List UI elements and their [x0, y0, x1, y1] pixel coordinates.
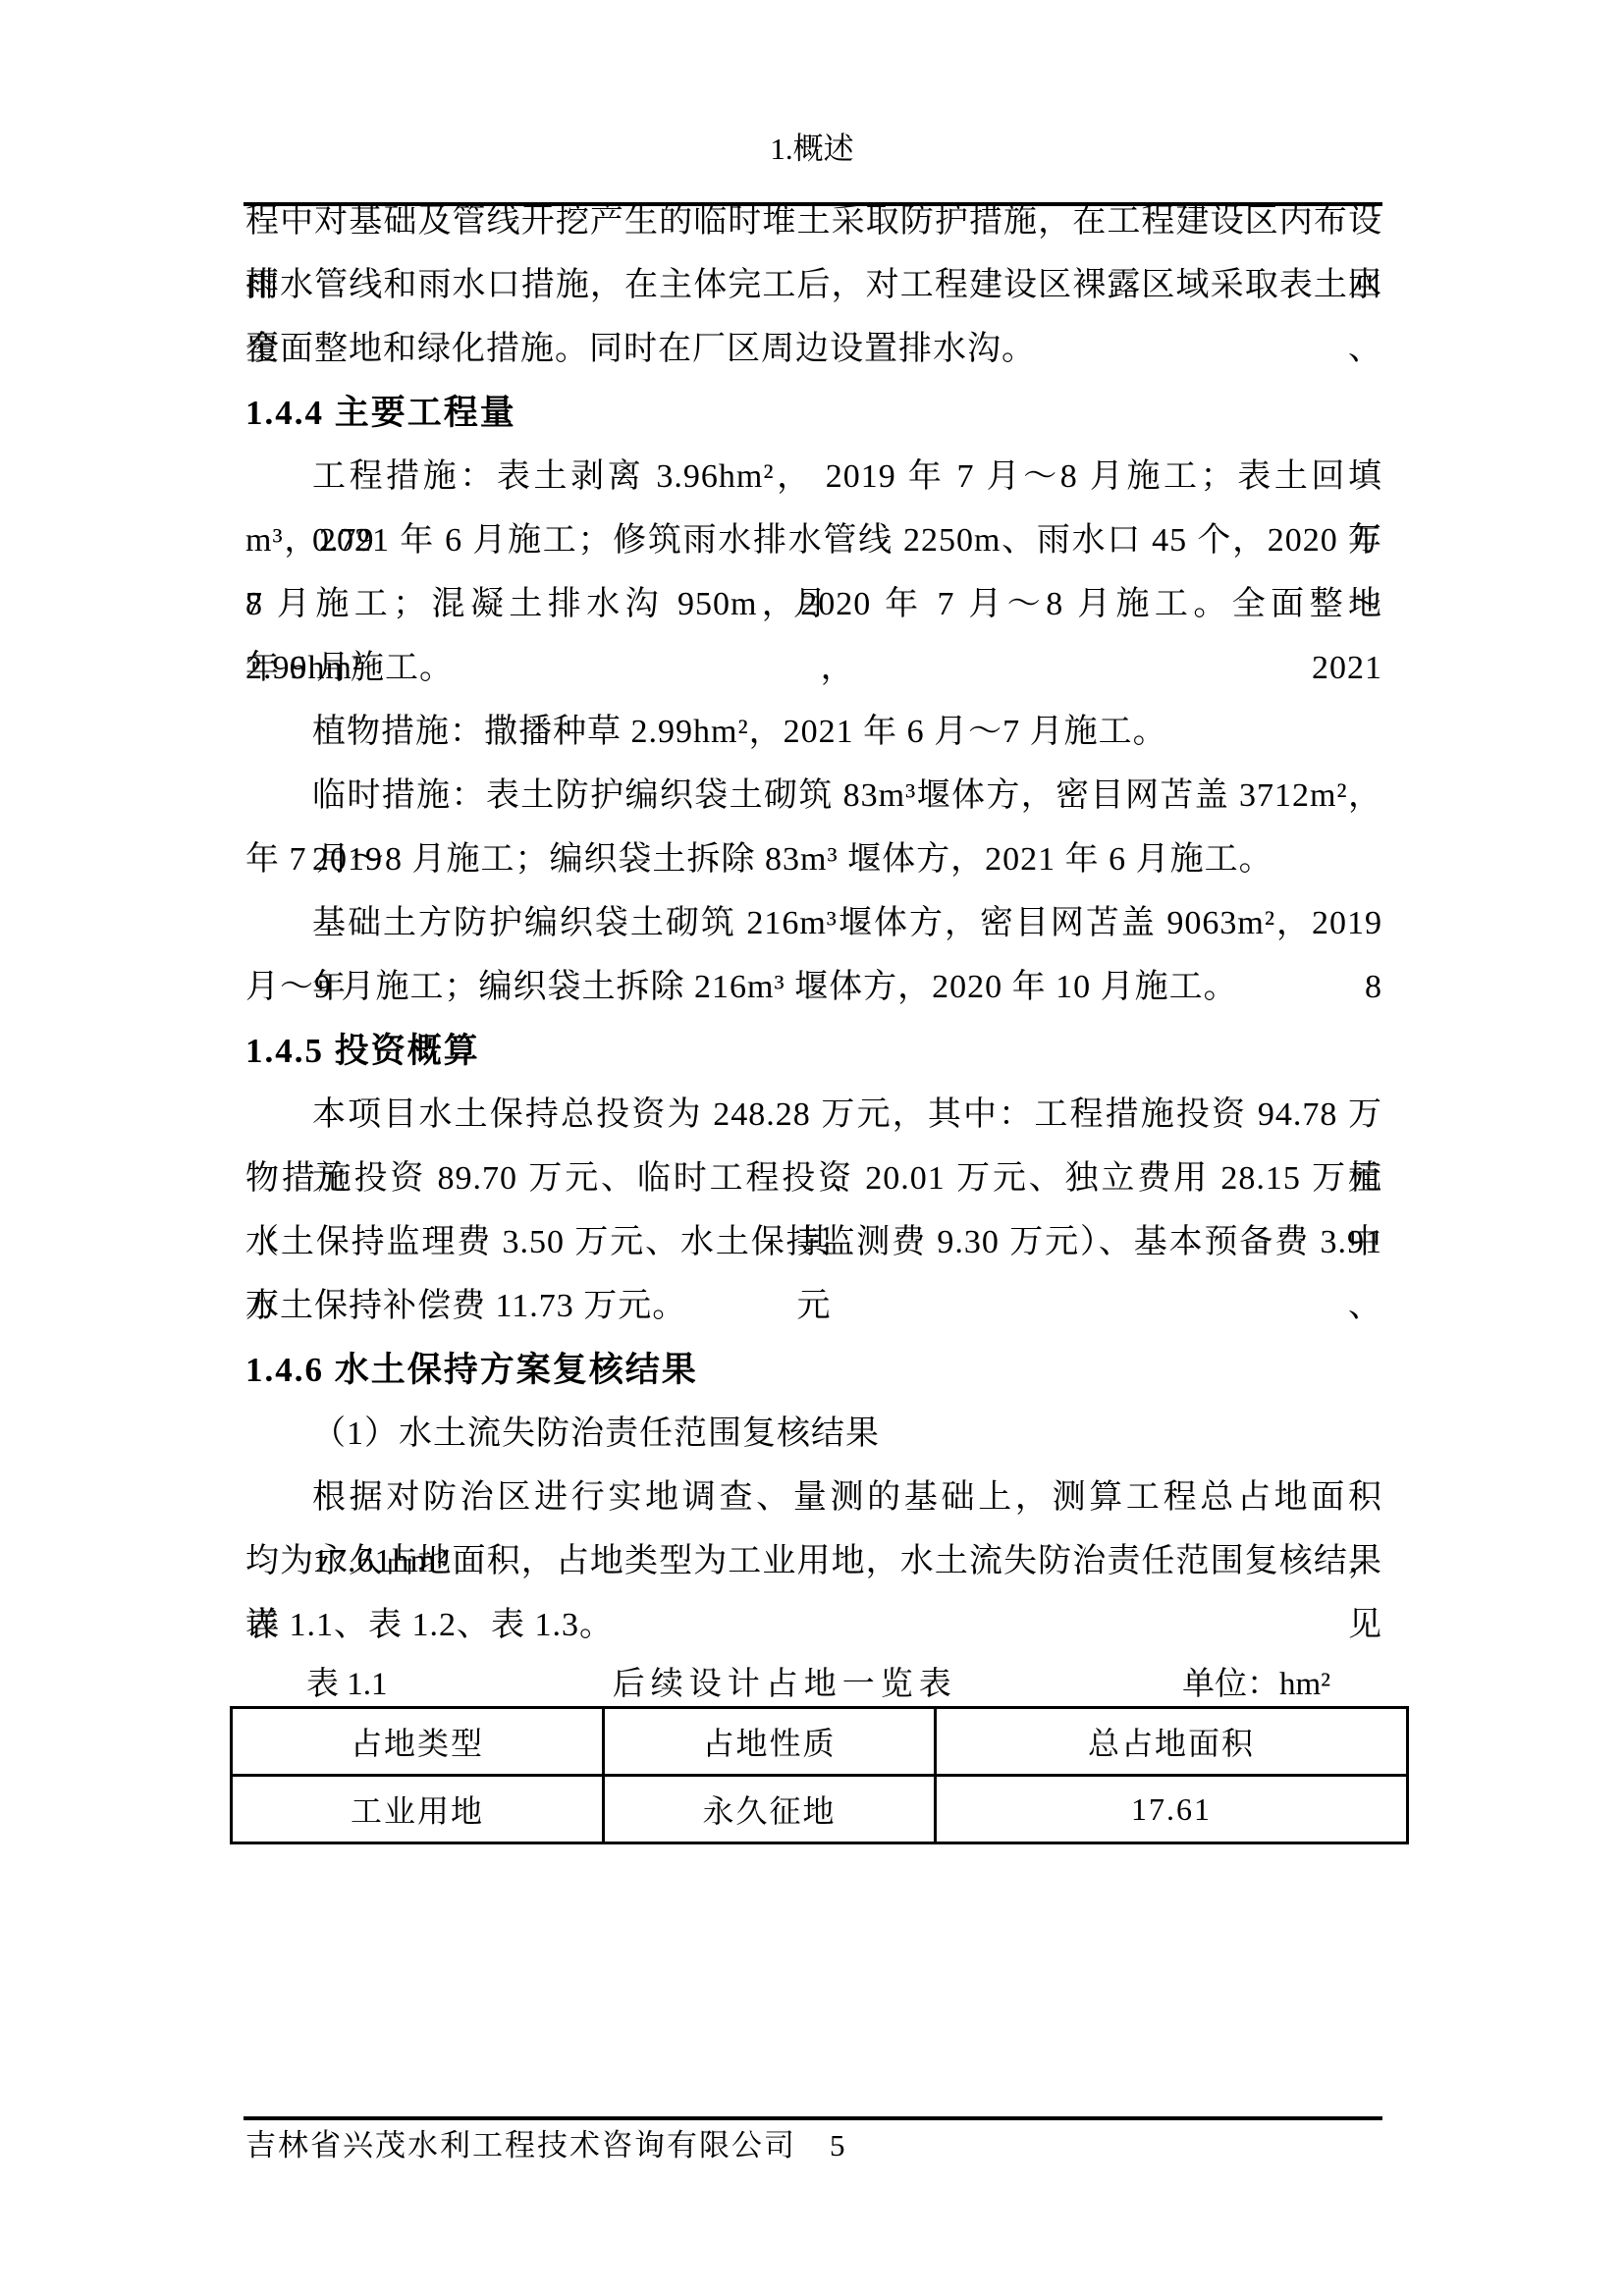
cell-land-nature: 永久征地	[604, 1776, 936, 1843]
document-page: 1.概述 程中对基础及管线开挖产生的临时堆土采取防护措施，在工程建设区内布设雨水…	[0, 0, 1624, 2296]
text-line: 水土保持监理费 3.50 万元、水土保持监测费 9.30 万元）、基本预备费 3…	[245, 1210, 1382, 1274]
text-line: 8 月施工；混凝土排水沟 950m，2020 年 7 月～8 月施工。全面整地 …	[245, 572, 1382, 636]
column-header-land-type: 占地类型	[232, 1708, 604, 1776]
text-line: 植物措施：撒播种草 2.99hm²，2021 年 6 月～7 月施工。	[245, 700, 1382, 764]
footer-page-number: 5	[830, 2126, 845, 2165]
column-header-total-area: 总占地面积	[936, 1708, 1408, 1776]
table-row: 工业用地 永久征地 17.61	[232, 1776, 1408, 1843]
cell-land-type: 工业用地	[232, 1776, 604, 1843]
table-number: 表 1.1	[230, 1658, 388, 1704]
section-heading-1-4-4: 1.4.4 主要工程量	[245, 381, 1382, 445]
page-header-section-title: 1.概述	[0, 130, 1624, 169]
text-line: m³，2021 年 6 月施工；修筑雨水排水管线 2250m、雨水口 45 个，…	[245, 508, 1382, 572]
text-line: 程中对基础及管线开挖产生的临时堆土采取防护措施，在工程建设区内布设雨水	[245, 189, 1382, 253]
text-line: 月～9 月施工；编织袋土拆除 216m³ 堰体方，2020 年 10 月施工。	[245, 955, 1382, 1019]
land-use-table: 占地类型 占地性质 总占地面积 工业用地 永久征地 17.61	[230, 1706, 1409, 1844]
footer-rule	[244, 2116, 1382, 2120]
text-line: 年 7 月～8 月施工；编织袋土拆除 83m³ 堰体方，2021 年 6 月施工…	[245, 828, 1382, 891]
column-header-land-nature: 占地性质	[604, 1708, 936, 1776]
text-line: 均为永久占地面积，占地类型为工业用地，水土流失防治责任范围复核结果详见	[245, 1529, 1382, 1593]
table-header-row: 占地类型 占地性质 总占地面积	[232, 1708, 1408, 1776]
table-unit-label: 单位：hm²	[1182, 1658, 1397, 1704]
text-line: 本项目水土保持总投资为 248.28 万元，其中：工程措施投资 94.78 万元…	[245, 1083, 1382, 1147]
text-line: 排水管线和雨水口措施，在主体完工后，对工程建设区裸露区域采取表土回覆、	[245, 253, 1382, 317]
document-body: 程中对基础及管线开挖产生的临时堆土采取防护措施，在工程建设区内布设雨水 排水管线…	[245, 189, 1382, 1657]
text-line: 工程措施：表土剥离 3.96hm²， 2019 年 7 月～8 月施工；表土回填…	[245, 445, 1382, 508]
footer-company-name: 吉林省兴茂水利工程技术咨询有限公司	[245, 2126, 796, 2165]
text-line: （1）水土流失防治责任范围复核结果	[245, 1402, 1382, 1466]
text-line: 物措施投资 89.70 万元、临时工程投资 20.01 万元、独立费用 28.1…	[245, 1147, 1382, 1210]
text-line: 基础土方防护编织袋土砌筑 216m³堰体方，密目网苫盖 9063m²，2019 …	[245, 891, 1382, 955]
section-heading-1-4-5: 1.4.5 投资概算	[245, 1019, 1382, 1083]
text-line: 根据对防治区进行实地调查、量测的基础上，测算工程总占地面积 17.61hm²，	[245, 1466, 1382, 1529]
table-caption: 表 1.1 后续设计占地一览表 单位：hm²	[230, 1657, 1397, 1704]
text-line: 临时措施：表土防护编织袋土砌筑 83m³堰体方，密目网苫盖 3712m²，201…	[245, 764, 1382, 828]
table-title: 后续设计占地一览表	[388, 1658, 1182, 1704]
cell-total-area: 17.61	[936, 1776, 1408, 1843]
section-heading-1-4-6: 1.4.6 水土保持方案复核结果	[245, 1338, 1382, 1402]
